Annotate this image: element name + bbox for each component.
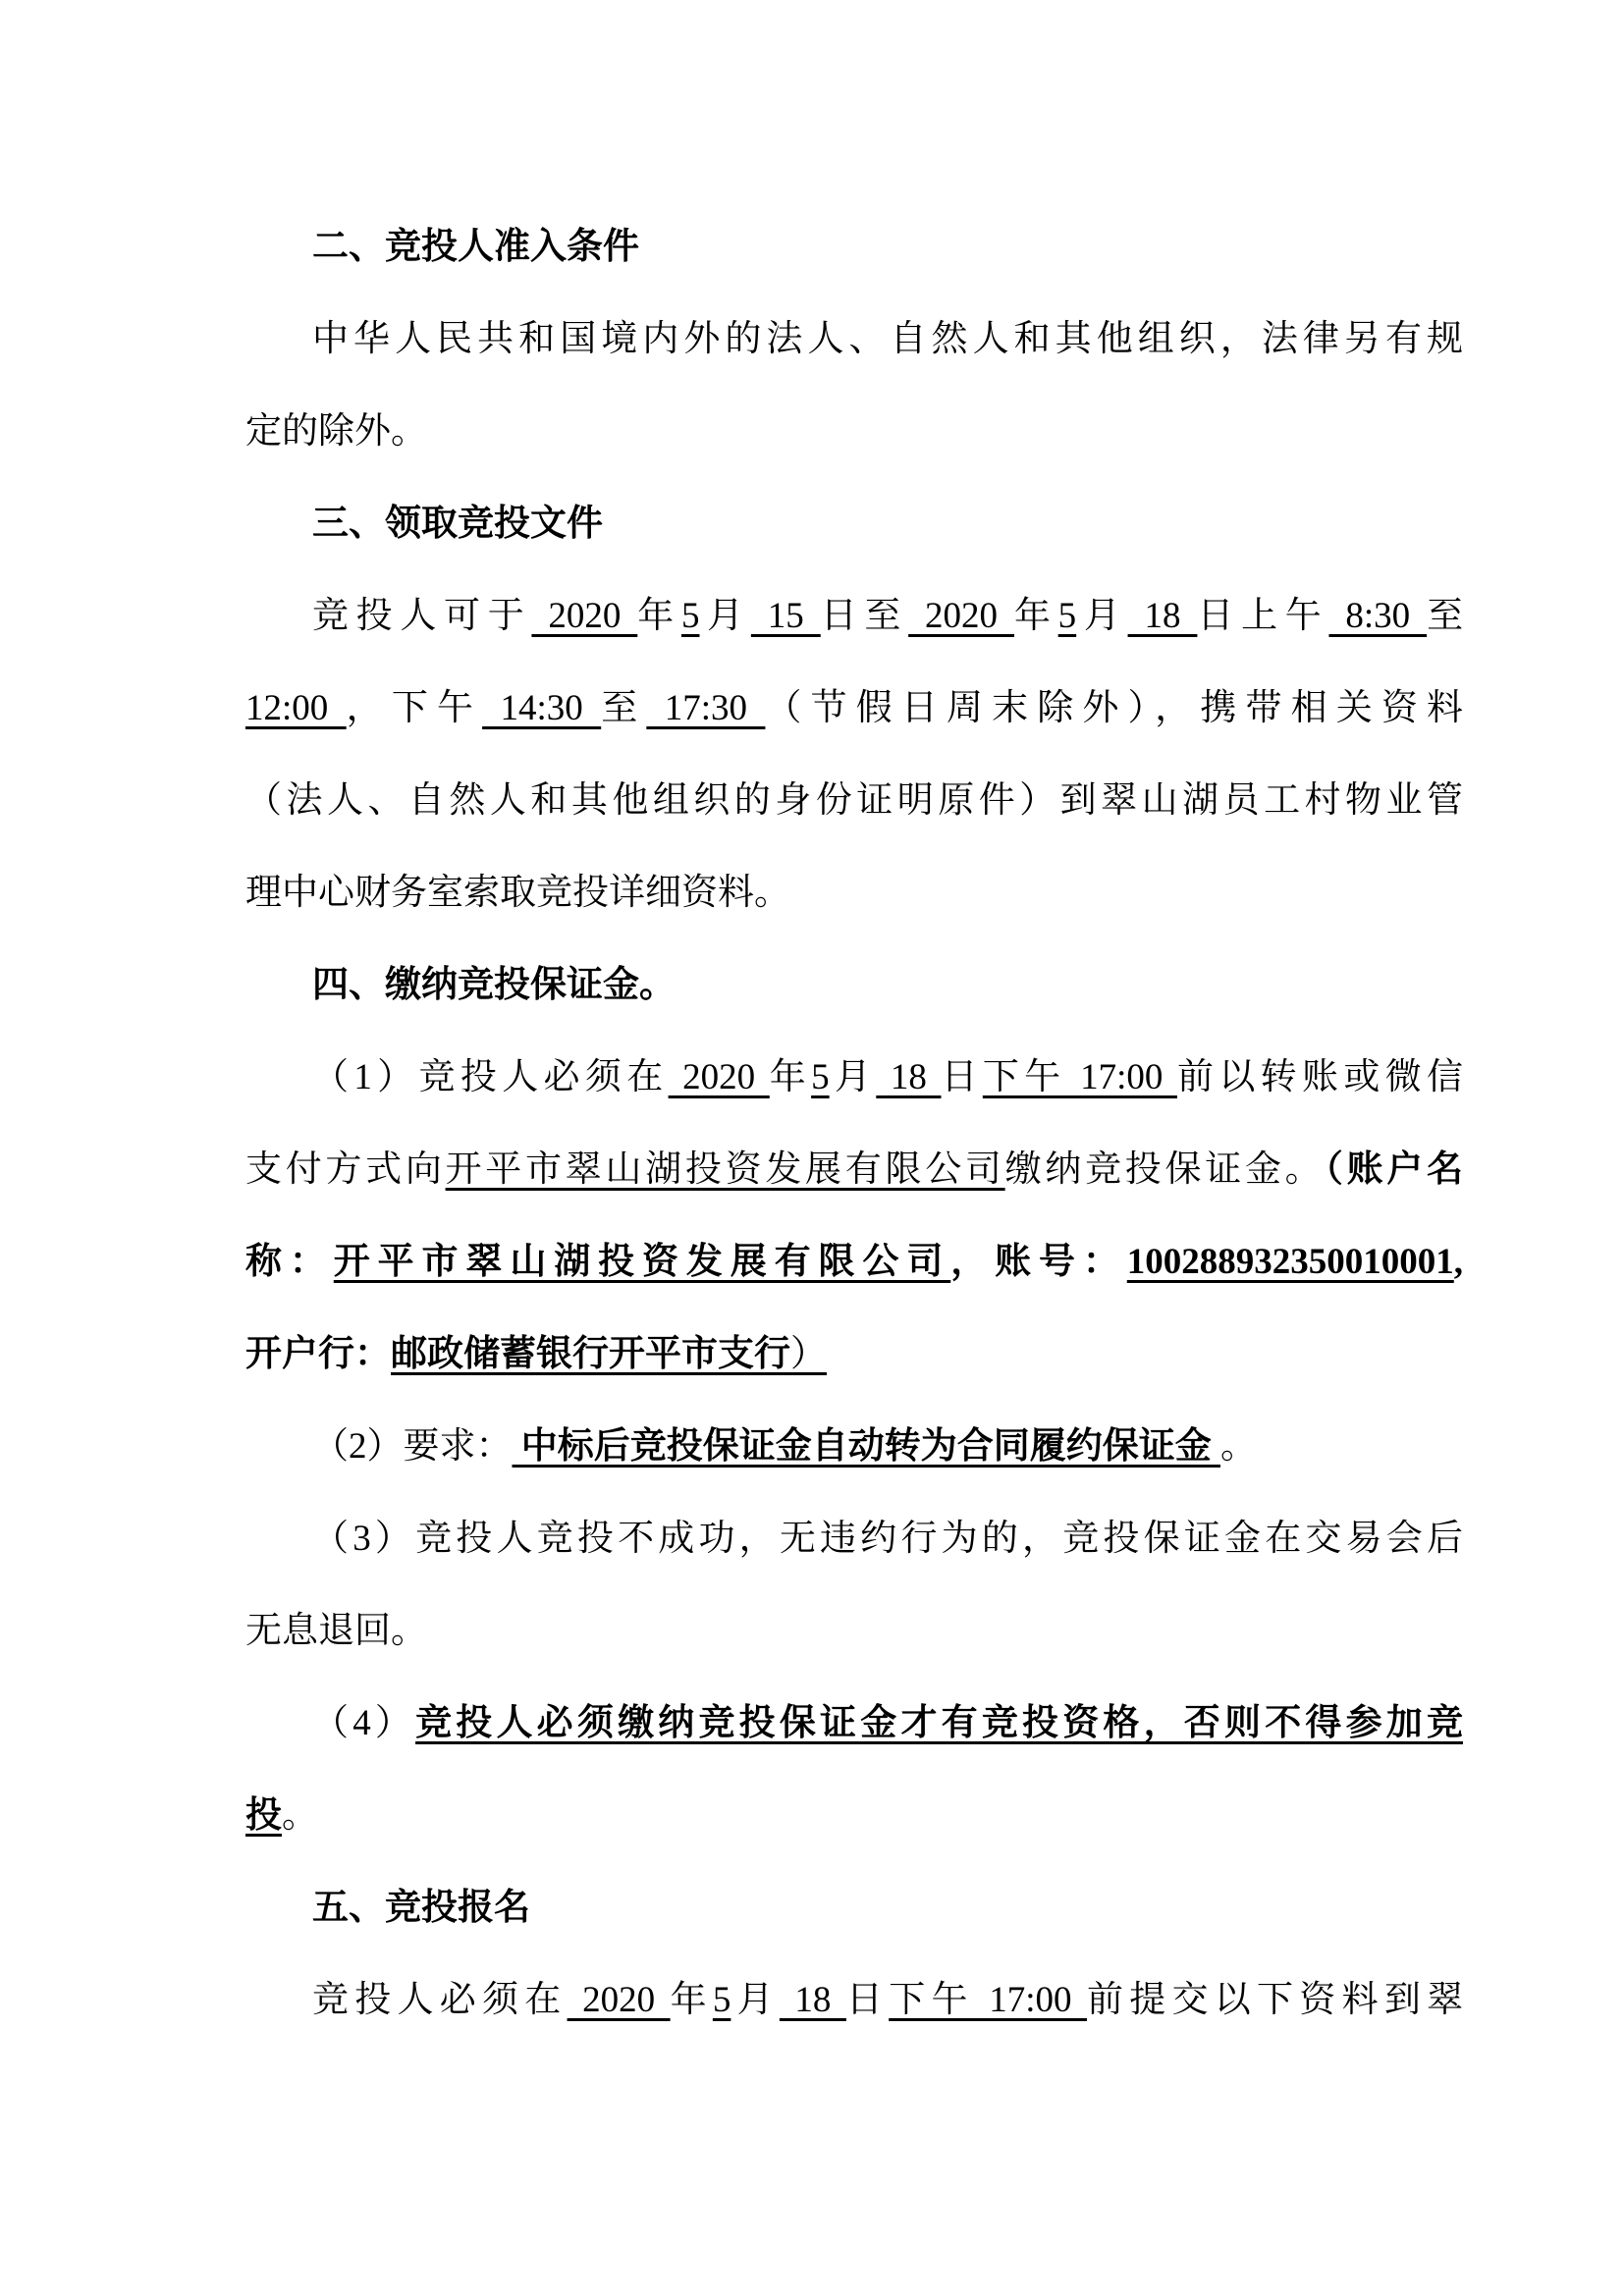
doc-line: （2）要求： 中标后竞投保证金自动转为合同履约保证金 。 <box>245 1401 1463 1493</box>
text-segment: 日 <box>941 1057 982 1097</box>
heading-section-4: 四、缴纳竞投保证金。 <box>245 939 1463 1032</box>
doc-line: 理中心财务室索取竞投详细资料。 <box>245 847 1463 939</box>
text-segment: 年 <box>770 1057 811 1097</box>
document-body: 二、竞投人准入条件 中华人民共和国境内外的法人、自然人和其他组织，法律另有规 定… <box>245 201 1463 2047</box>
text-segment: 年 <box>637 596 681 636</box>
text-segment: （4） <box>312 1703 415 1743</box>
text-segment: 定的除外。 <box>245 411 427 452</box>
text-segment: 竞投人可于 <box>312 596 531 636</box>
text-segment: 月 <box>699 596 750 636</box>
bank-name: 邮政储蓄银行开平市支行 <box>391 1334 790 1374</box>
filled-blank: 17:30 <box>646 688 765 728</box>
company-name: 开平市翠山湖投资发展有限公司 <box>446 1149 1005 1190</box>
text-segment: 前提交以下资料到翠 <box>1087 1980 1463 2020</box>
text-segment: 前以转账或微信 <box>1177 1057 1463 1097</box>
filled-blank: 5 <box>1058 596 1077 636</box>
text-segment: 年 <box>671 1980 713 2020</box>
doc-line: 支付方式向开平市翠山湖投资发展有限公司缴纳竞投保证金。（账户名 <box>245 1124 1463 1216</box>
text-segment: ，下午 <box>347 688 482 728</box>
doc-line: 竞投人可于 2020 年5月 15 日至 2020 年5月 18 日上午 8:3… <box>245 570 1463 663</box>
text-segment: （法人、自然人和其他组织的身份证明原件）到翠山湖员工村物业管 <box>245 780 1463 821</box>
heading-section-2: 二、竞投人准入条件 <box>245 201 1463 294</box>
account-name: 开平市翠山湖投资发展有限公司 <box>334 1242 950 1282</box>
text-segment: 日上午 <box>1197 596 1328 636</box>
text-segment: 中华人民共和国境内外的法人、自然人和其他组织，法律另有规 <box>312 319 1463 359</box>
doc-line: 无息退回。 <box>245 1585 1463 1678</box>
filled-blank: 15 <box>751 596 821 636</box>
document-page: 二、竞投人准入条件 中华人民共和国境内外的法人、自然人和其他组织，法律另有规 定… <box>0 0 1624 2296</box>
heading-section-3: 三、领取竞投文件 <box>245 478 1463 570</box>
text-segment: 年 <box>1014 596 1058 636</box>
text-segment: 至 <box>601 688 646 728</box>
text-segment: （节假日周末除外），携带相关资料 <box>765 688 1463 728</box>
filled-blank: 8:30 <box>1328 596 1427 636</box>
filled-blank: 下午 17:00 <box>983 1057 1177 1097</box>
doc-line: 称：开平市翠山湖投资发展有限公司，账号：100288932350010001, <box>245 1216 1463 1308</box>
text-segment: 日至 <box>821 596 908 636</box>
filled-blank: 2020 <box>908 596 1014 636</box>
text-segment: （账户名 <box>1325 1149 1463 1190</box>
text-segment: 支付方式向 <box>245 1149 446 1190</box>
text-segment: 称： <box>245 1242 334 1282</box>
text-segment: 竞投人必须在 <box>312 1980 568 2020</box>
text-segment: 。 <box>1220 1426 1257 1467</box>
doc-line: 投。 <box>245 1770 1463 1862</box>
text-segment: , <box>1454 1242 1463 1282</box>
doc-line: （1）竞投人必须在 2020 年5月 18 日下午 17:00 前以转账或微信 <box>245 1032 1463 1124</box>
text-segment: ，账号： <box>950 1242 1127 1282</box>
text-segment: 至 <box>1427 596 1463 636</box>
text-segment: （1）竞投人必须在 <box>312 1057 669 1097</box>
filled-blank: 2020 <box>568 1980 671 2020</box>
filled-blank: 2020 <box>531 596 637 636</box>
filled-blank: 5 <box>713 1980 731 2020</box>
text-segment: （3）竞投人竞投不成功，无违约行为的，竞投保证金在交易会后 <box>312 1519 1463 1559</box>
emphasis-text: 投 <box>245 1795 282 1836</box>
text-segment: 理中心财务室索取竞投详细资料。 <box>245 873 790 913</box>
text-segment: 开户行： <box>245 1334 391 1374</box>
emphasis-text: 竞投人必须缴纳竞投保证金才有竞投资格，否则不得参加竞 <box>415 1703 1463 1743</box>
text-segment: （2）要求： <box>312 1426 513 1467</box>
doc-line: 竞投人必须在 2020 年5月 18 日下午 17:00 前提交以下资料到翠 <box>245 1954 1463 2047</box>
text-segment: 月 <box>731 1980 780 2020</box>
filled-blank: 2020 <box>669 1057 770 1097</box>
doc-line: （法人、自然人和其他组织的身份证明原件）到翠山湖员工村物业管 <box>245 755 1463 847</box>
doc-line: 定的除外。 <box>245 386 1463 478</box>
text-segment: 。 <box>282 1795 318 1836</box>
filled-blank: 18 <box>780 1980 846 2020</box>
heading-section-5: 五、竞投报名 <box>245 1862 1463 1954</box>
text-segment: 月 <box>830 1057 877 1097</box>
doc-line: （4）竞投人必须缴纳竞投保证金才有竞投资格，否则不得参加竞 <box>245 1678 1463 1770</box>
doc-line: （3）竞投人竞投不成功，无违约行为的，竞投保证金在交易会后 <box>245 1493 1463 1585</box>
doc-line: 开户行：邮政储蓄银行开平市支行） <box>245 1308 1463 1401</box>
filled-blank: 18 <box>1128 596 1198 636</box>
text-segment: ） <box>790 1334 827 1374</box>
doc-line: 中华人民共和国境内外的法人、自然人和其他组织，法律另有规 <box>245 294 1463 386</box>
text-segment: 无息退回。 <box>245 1611 427 1651</box>
text-segment: 缴纳竞投保证金。 <box>1005 1149 1326 1190</box>
account-number: 100288932350010001 <box>1127 1242 1454 1282</box>
text-segment: 二、竞投人准入条件 <box>312 227 639 267</box>
doc-line: 12:00 ，下午 14:30 至 17:30 （节假日周末除外），携带相关资料 <box>245 663 1463 755</box>
text-segment: 四、缴纳竞投保证金。 <box>312 965 676 1005</box>
text-segment: 月 <box>1076 596 1127 636</box>
text-segment: 日 <box>846 1980 889 2020</box>
filled-blank: 18 <box>876 1057 941 1097</box>
filled-blank: 12:00 <box>245 688 347 728</box>
text-segment: 五、竞投报名 <box>312 1888 530 1928</box>
filled-blank: 下午 17:00 <box>889 1980 1087 2020</box>
text-segment: 三、领取竞投文件 <box>312 504 603 544</box>
filled-blank: 14:30 <box>482 688 601 728</box>
requirement-text: 中标后竞投保证金自动转为合同履约保证金 <box>513 1426 1221 1467</box>
filled-blank: 5 <box>681 596 700 636</box>
filled-blank: 5 <box>811 1057 830 1097</box>
